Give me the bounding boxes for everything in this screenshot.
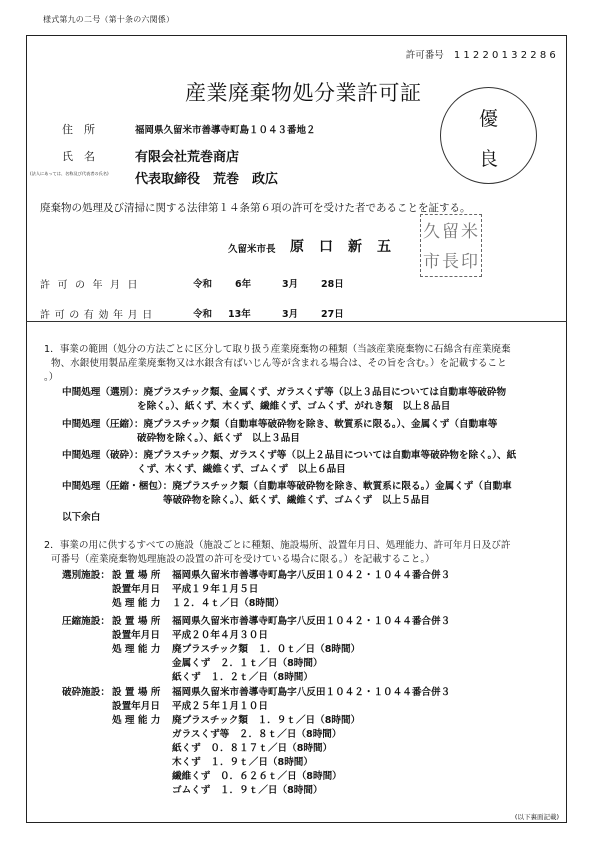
scope-item-text: くず、木くず、繊維くず、ゴムくず 以上６品目 bbox=[137, 463, 516, 477]
representative-name: 代表取締役 荒巻 政広 bbox=[135, 168, 278, 187]
location-value: 福岡県久留米市善導寺町島字八反田１０４２・１０４４番合併３ bbox=[172, 616, 450, 627]
form-number-label: 様式第九の二号（第十条の六関係） bbox=[43, 14, 174, 25]
install-date-value: 平成２５年１月１０日 bbox=[172, 701, 268, 712]
capacity-value: 木くず １．９ｔ／日（8時間） bbox=[62, 756, 450, 770]
location-label: 設 置 場 所 bbox=[112, 615, 172, 629]
permit-date-month: 3月 bbox=[282, 276, 298, 290]
install-date-label: 設置年月日 bbox=[112, 629, 172, 643]
name-note: (法人にあっては、名称及び代表者の氏名) bbox=[30, 171, 109, 177]
install-date-value: 平成２０年４月３０日 bbox=[172, 630, 268, 641]
location-label: 設 置 場 所 bbox=[112, 569, 172, 583]
facility-crushing: 破砕施設：設 置 場 所福岡県久留米市善導寺町島字八反田１０４２・１０４４番合併… bbox=[62, 686, 450, 798]
heading-line: 可番号（産業廃棄物処理施設の設置の許可を受けている場合に限る。）を記載すること。… bbox=[51, 553, 510, 567]
heading-line: 1．事業の範囲（処分の方法ごとに区分して取り扱う産業廃棄物の種類（当該産業廃棄物… bbox=[44, 343, 511, 357]
scope-item-text: 等破砕物を除く。）、紙くず、繊維くず、ゴムくず 以上５品目 bbox=[163, 494, 512, 508]
address-label: 住 所 bbox=[62, 121, 95, 137]
install-date-label: 設置年月日 bbox=[112, 700, 172, 714]
scope-item-text: 廃プラスチック類（自動車等破砕物を除き、軟質系に限る。）、金属くず（自動車等 bbox=[144, 419, 498, 430]
section2-heading: 2．事業の用に供するすべての施設（施設ごとに種類、施設場所、設置年月日、処理能力… bbox=[44, 539, 510, 567]
seal-char: 久 bbox=[423, 217, 440, 242]
capacity-label: 処 理 能 力 bbox=[112, 643, 172, 657]
certification-statement: 廃棄物の処理及び清掃に関する法律第１４条第６項の許可を受けた者であることを証する… bbox=[40, 200, 471, 215]
permit-number-value: 11220132286 bbox=[454, 50, 559, 61]
capacity-value: 紙くず ０．８１７ｔ／日（8時間） bbox=[62, 742, 450, 756]
valid-date-era: 令和 bbox=[193, 306, 212, 320]
excellent-operator-mark: 優 良 bbox=[440, 87, 537, 184]
heading-line: 物、水銀使用製品産業廃棄物又は水銀含有ばいじん等が含まれる場合は、その旨を含む。… bbox=[51, 357, 511, 371]
capacity-value: ガラスくず等 ２．８ｔ／日（8時間） bbox=[62, 728, 450, 742]
scope-item-label: 中間処理（選別）： bbox=[62, 387, 144, 398]
scope-item-text: 廃プラスチック類（自動車等破砕物を除き、軟質系に限る。）金属くず（自動車 bbox=[172, 481, 511, 492]
permit-number: 許可番号11220132286 bbox=[406, 47, 559, 61]
facility-compression: 圧縮施設：設 置 場 所福岡県久留米市善導寺町島字八反田１０４２・１０４４番合併… bbox=[62, 615, 450, 685]
capacity-value: 繊維くず ０．６２６ｔ／日（8時間） bbox=[62, 770, 450, 784]
capacity-value: １２．４ｔ／日（8時間） bbox=[172, 598, 284, 609]
permit-date-label: 許可の年月日 bbox=[40, 276, 145, 291]
permit-date-era: 令和 bbox=[193, 276, 212, 290]
permit-date-day: 28日 bbox=[321, 276, 344, 290]
scope-item-crushing: 中間処理（破砕）：廃プラスチック類、ガラスくず等（以上２品目については自動車等破… bbox=[62, 449, 516, 477]
scope-item-compression-packing: 中間処理（圧縮・梱包）：廃プラスチック類（自動車等破砕物を除き、軟質系に限る。）… bbox=[62, 480, 512, 508]
mayor-seal-stamp: 久 留 米 市 長 印 bbox=[420, 214, 482, 277]
capacity-value: ゴムくず １．９ｔ／日（8時間） bbox=[62, 784, 450, 798]
grade-char-1: 優 bbox=[441, 104, 536, 131]
name-label: 氏 名 bbox=[62, 148, 95, 164]
issuer-title: 久留米市長 bbox=[228, 241, 276, 255]
location-label: 設 置 場 所 bbox=[112, 686, 172, 700]
blank-below-note: 以下余白 bbox=[62, 511, 100, 525]
valid-date-label: 許可の有効年月日 bbox=[40, 306, 157, 321]
scope-item-compression: 中間処理（圧縮）：廃プラスチック類（自動車等破砕物を除き、軟質系に限る。）、金属… bbox=[62, 418, 497, 446]
install-date-value: 平成１９年１月５日 bbox=[172, 584, 258, 595]
section-divider bbox=[26, 321, 567, 322]
scope-item-sorting: 中間処理（選別）：廃プラスチック類、金属くず、ガラスくず等（以上３品目については… bbox=[62, 386, 506, 414]
scope-item-label: 中間処理（破砕）： bbox=[62, 450, 144, 461]
company-name: 有限会社荒巻商店 bbox=[135, 146, 239, 165]
scope-item-text: 破砕物を除く。）、紙くず 以上３品目 bbox=[137, 432, 497, 446]
issuer-name: 原口新五 bbox=[290, 236, 406, 256]
facility-type: 圧縮施設： bbox=[62, 615, 112, 629]
permit-date-year: 6年 bbox=[235, 276, 251, 290]
scope-item-text: 廃プラスチック類、金属くず、ガラスくず等（以上３品目については自動車等破砕物 bbox=[144, 387, 507, 398]
section1-heading: 1．事業の範囲（処分の方法ごとに区分して取り扱う産業廃棄物の種類（当該産業廃棄物… bbox=[44, 343, 511, 385]
scope-item-text: を除く。）、紙くず、木くず、繊維くず、ゴムくず、がれき類 以上８品目 bbox=[137, 400, 506, 414]
permit-number-label: 許可番号 bbox=[406, 50, 444, 61]
facility-sorting: 選別施設：設 置 場 所福岡県久留米市善導寺町島字八反田１０４２・１０４４番合併… bbox=[62, 569, 450, 611]
install-date-label: 設置年月日 bbox=[112, 583, 172, 597]
grade-char-2: 良 bbox=[441, 144, 536, 171]
capacity-value: 紙くず １．２ｔ／日（8時間） bbox=[62, 671, 450, 685]
seal-char: 留 bbox=[442, 217, 459, 242]
location-value: 福岡県久留米市善導寺町島字八反田１０４２・１０４４番合併３ bbox=[172, 687, 450, 698]
capacity-label: 処 理 能 力 bbox=[112, 597, 172, 611]
valid-date-year: 13年 bbox=[228, 306, 251, 320]
capacity-value: 廃プラスチック類 １．０ｔ／日（8時間） bbox=[172, 644, 360, 655]
seal-char: 米 bbox=[461, 217, 478, 242]
capacity-label: 処 理 能 力 bbox=[112, 714, 172, 728]
facility-type: 選別施設： bbox=[62, 569, 112, 583]
seal-char: 印 bbox=[461, 247, 478, 272]
capacity-value: 金属くず ２．１ｔ／日（8時間） bbox=[62, 657, 450, 671]
scope-item-label: 中間処理（圧縮）： bbox=[62, 419, 144, 430]
heading-line: 。） bbox=[44, 371, 511, 385]
scope-item-text: 廃プラスチック類、ガラスくず等（以上２品目については自動車等破砕物を除く。）、紙 bbox=[144, 450, 517, 461]
scope-item-label: 中間処理（圧縮・梱包）： bbox=[62, 481, 172, 492]
location-value: 福岡県久留米市善導寺町島字八反田１０４２・１０４４番合併３ bbox=[172, 570, 450, 581]
facility-type: 破砕施設： bbox=[62, 686, 112, 700]
continued-on-back-note: (以下裏面記載) bbox=[515, 812, 559, 821]
heading-line: 2．事業の用に供するすべての施設（施設ごとに種類、施設場所、設置年月日、処理能力… bbox=[44, 539, 510, 553]
valid-date-day: 27日 bbox=[321, 306, 344, 320]
capacity-value: 廃プラスチック類 １．９ｔ／日（8時間） bbox=[172, 715, 360, 726]
seal-char: 市 bbox=[423, 247, 440, 272]
address-value: 福岡県久留米市善導寺町島１０４３番地２ bbox=[135, 122, 316, 136]
certificate-title: 産業廃棄物処分業許可証 bbox=[185, 77, 422, 107]
seal-char: 長 bbox=[442, 247, 459, 272]
valid-date-month: 3月 bbox=[282, 306, 298, 320]
